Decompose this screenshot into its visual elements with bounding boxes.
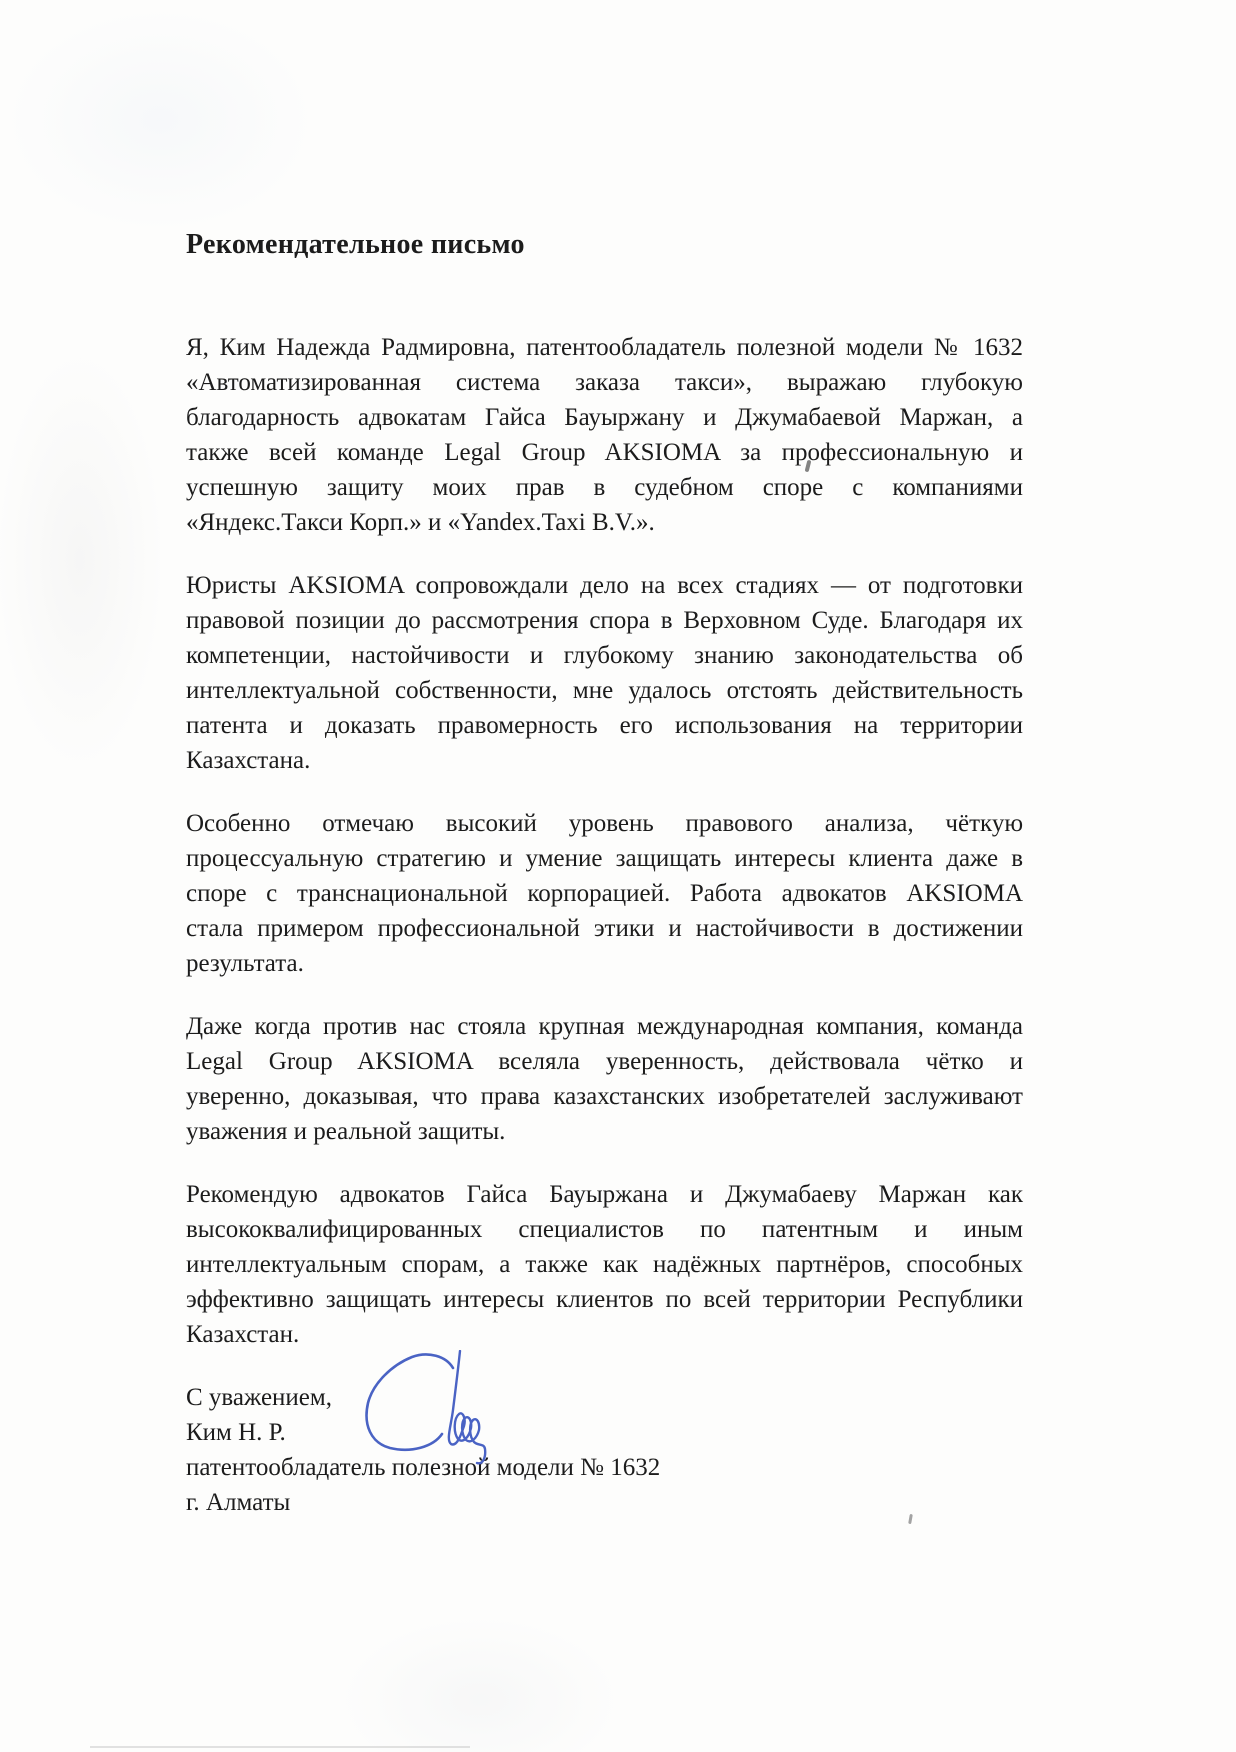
paragraph-line: «Яндекс.Такси Корп.» и «Yandex.Taxi B.V.… <box>186 505 1023 540</box>
paragraph-line: Даже когда против нас стояла крупная меж… <box>186 1009 1023 1044</box>
paragraph-line: Я, Ким Надежда Радмировна, патентооблада… <box>186 330 1023 365</box>
paragraph-line: стала примером профессиональной этики и … <box>186 911 1023 946</box>
paragraph-line: Казахстана. <box>186 743 1023 778</box>
closing-name: Ким Н. Р. <box>186 1415 1023 1450</box>
paragraph: Рекомендую адвокатов Гайса Бауыржана и Д… <box>186 1177 1023 1352</box>
paragraph: Юристы AKSIOMA сопровождали дело на всех… <box>186 568 1023 778</box>
paragraph-line: Legal Group AKSIOMA вселяла уверенность,… <box>186 1044 1023 1079</box>
paragraph-line: интеллектуальной собственности, мне удал… <box>186 673 1023 708</box>
paragraph-line: «Автоматизированная система заказа такси… <box>186 365 1023 400</box>
paragraph-line: благодарность адвокатам Гайса Бауыржану … <box>186 400 1023 435</box>
paragraph-line: патента и доказать правомерность его исп… <box>186 708 1023 743</box>
paragraph-line: Рекомендую адвокатов Гайса Бауыржана и Д… <box>186 1177 1023 1212</box>
paragraph-line: споре с транснациональной корпорацией. Р… <box>186 876 1023 911</box>
paragraph-line: результата. <box>186 946 1023 981</box>
scanned-letter-page: Рекомендательное письмо Я, Ким Надежда Р… <box>0 0 1236 1752</box>
letter-title: Рекомендательное письмо <box>186 227 1023 262</box>
signature-loop <box>367 1354 453 1449</box>
paragraph-line: правовой позиции до рассмотрения спора в… <box>186 603 1023 638</box>
closing-block: С уважением, Ким Н. Р. патентообладатель… <box>186 1380 1023 1520</box>
scan-edge-artifact <box>90 1746 470 1748</box>
paragraph-line: уважения и реальной защиты. <box>186 1114 1023 1149</box>
signature-strokes <box>449 1351 485 1463</box>
closing-role: патентообладатель полезной модели № 1632 <box>186 1450 1023 1485</box>
paragraph: Я, Ким Надежда Радмировна, патентооблада… <box>186 330 1023 540</box>
paragraph: Особенно отмечаю высокий уровень правово… <box>186 806 1023 981</box>
paragraph-line: компетенции, настойчивости и глубокому з… <box>186 638 1023 673</box>
paragraph-line: Юристы AKSIOMA сопровождали дело на всех… <box>186 568 1023 603</box>
paragraph-line: процессуальную стратегию и умение защища… <box>186 841 1023 876</box>
paragraph-line: Особенно отмечаю высокий уровень правово… <box>186 806 1023 841</box>
paragraph-line: также всей команде Legal Group AKSIOMA з… <box>186 435 1023 470</box>
signature-ink <box>356 1350 516 1475</box>
paragraph-line: уверенно, доказывая, что права казахстан… <box>186 1079 1023 1114</box>
paragraph-line: успешную защиту моих прав в судебном спо… <box>186 470 1023 505</box>
paragraph-line: эффективно защищать интересы клиентов по… <box>186 1282 1023 1317</box>
closing-city: г. Алматы <box>186 1485 1023 1520</box>
paragraph-line: Казахстан. <box>186 1317 1023 1352</box>
paragraph: Даже когда против нас стояла крупная меж… <box>186 1009 1023 1149</box>
paragraph-line: интеллектуальным спорам, а также как над… <box>186 1247 1023 1282</box>
letter-body: Рекомендательное письмо Я, Ким Надежда Р… <box>186 227 1023 1520</box>
closing-salutation: С уважением, <box>186 1380 1023 1415</box>
paragraph-line: высококвалифицированных специалистов по … <box>186 1212 1023 1247</box>
